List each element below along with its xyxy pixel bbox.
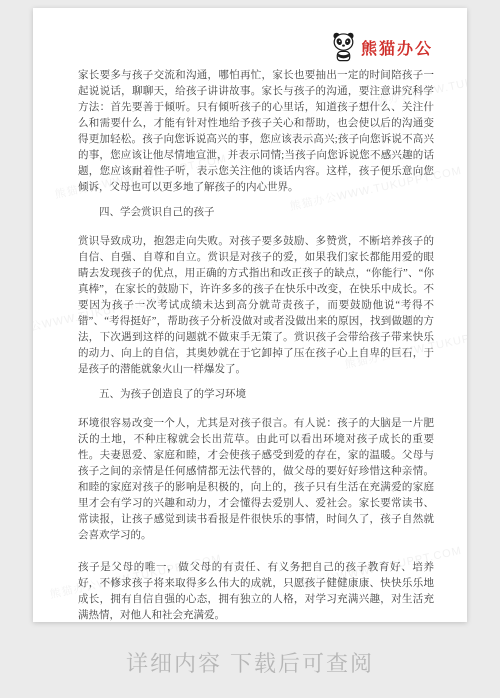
section-heading-4: 四、学会赏识自己的孩子 bbox=[78, 205, 434, 221]
paragraph: 赏识导致成功，抱怨走向失败。对孩子要多鼓励、多赞赏，不断培养孩子的自信、自强、自… bbox=[78, 234, 434, 378]
paragraph: 孩子是父母的唯一，做父母的有责任、有义务把自己的孩子教育好、培养好，不修求孩子将… bbox=[78, 560, 434, 622]
footer-bar: 详细内容 下载后可查阅 bbox=[0, 622, 500, 698]
brand-name: 熊猫办公 bbox=[361, 36, 433, 59]
panda-icon bbox=[331, 32, 356, 63]
section-heading-5: 五、为孩子创造良了的学习环境 bbox=[78, 387, 434, 403]
paragraph: 家长要多与孩子交流和沟通，哪怕再忙，家长也要抽出一定的时间陪孩子一起说说话，聊聊… bbox=[78, 68, 434, 196]
document-body: 家长要多与孩子交流和沟通，哪怕再忙，家长也要抽出一定的时间陪孩子一起说说话，聊聊… bbox=[78, 68, 434, 622]
document-page: 熊猫办公WWW.TUKUPPT.COM 熊猫办公WWW.TUKUPPT.COM … bbox=[33, 8, 467, 622]
brand-logo: 熊猫办公 bbox=[331, 32, 433, 63]
paragraph: 环境很容易改变一个人，尤其是对孩子很言。有人说：孩子的大脑是一片肥沃的土地，不种… bbox=[78, 416, 434, 544]
preview-canvas: 熊猫办公WWW.TUKUPPT.COM 熊猫办公WWW.TUKUPPT.COM … bbox=[0, 0, 500, 698]
download-hint-text: 详细内容 下载后可查阅 bbox=[126, 647, 374, 678]
